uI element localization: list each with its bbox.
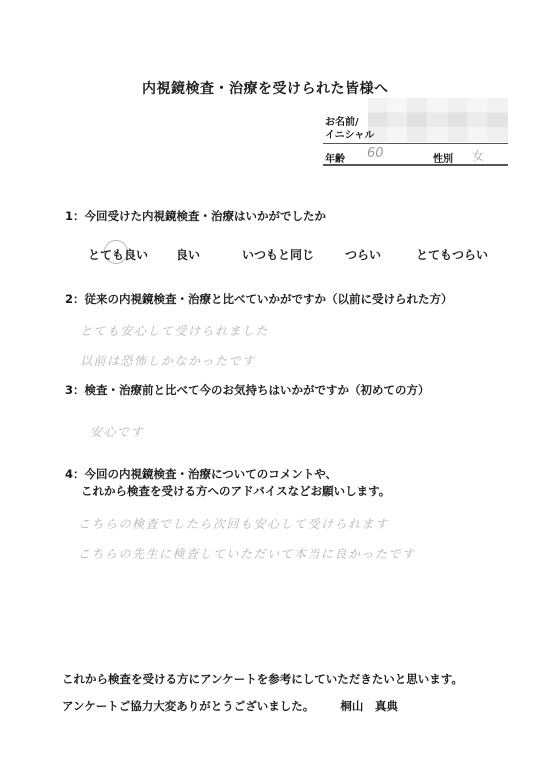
- question-3-text: 検査・治療前と比べて今のお気持ちはいかがですか（初めての方）: [85, 383, 430, 397]
- question-4-answer-line-2: こちらの先生に検査していただいて本当に良かったです: [78, 545, 416, 562]
- footer-line-1: これから検査を受ける方にアンケートを参考にしていただきたいと思います。: [62, 671, 463, 687]
- question-2-answer-line-1: とても安心して受けられました: [80, 322, 269, 339]
- signature: 桐山 真典: [340, 699, 398, 713]
- question-4-text-line1: 今回の内視鏡検査・治療についてのコメントや、: [85, 467, 338, 481]
- question-3: 3：検査・治療前と比べて今のお気持ちはいかがですか（初めての方）: [65, 382, 430, 398]
- option-same-as-usual[interactable]: いつもと同じ: [242, 246, 314, 263]
- question-2-number: 2：: [65, 292, 85, 306]
- question-2: 2：従来の内視鏡検査・治療と比べていかがですか（以前に受けられた方）: [65, 291, 453, 307]
- question-3-answer-line-1: 安心です: [90, 423, 144, 440]
- thanks-text: アンケートご協力大変ありがとうございました。: [62, 699, 314, 713]
- question-4-answer-line-1: こちらの検査でしたら次回も安心して受けられます: [78, 515, 389, 532]
- question-3-number: 3：: [65, 383, 85, 397]
- footer-line-2: アンケートご協力大変ありがとうございました。 桐山 真典: [62, 698, 398, 714]
- question-1-number: 1：: [65, 209, 85, 223]
- name-underline: [323, 143, 508, 144]
- option-very-good[interactable]: とても良い: [88, 246, 148, 263]
- option-good[interactable]: 良い: [176, 246, 200, 263]
- question-2-text: 従来の内視鏡検査・治療と比べていかがですか（以前に受けられた方）: [85, 292, 453, 306]
- question-1-text: 今回受けた内視鏡検査・治療はいかがでしたか: [85, 209, 327, 223]
- question-1: 1：今回受けた内視鏡検査・治療はいかがでしたか: [65, 208, 326, 224]
- survey-title: 内視鏡検査・治療を受けられた皆様へ: [142, 78, 389, 98]
- name-label-line1: お名前/: [325, 116, 374, 129]
- age-label: 年齢: [325, 150, 345, 165]
- question-4-number: 4：: [65, 467, 85, 481]
- question-4-text-line2: これから検査を受ける方へのアドバイスなどお願いします。: [65, 483, 390, 500]
- sex-value: 女: [472, 147, 484, 164]
- age-sex-underline: [323, 164, 508, 166]
- age-value: 60: [367, 146, 384, 161]
- name-label-line2: イニシャル: [325, 129, 374, 142]
- option-very-hard[interactable]: とてもつらい: [416, 246, 488, 263]
- name-redaction-mosaic: [368, 98, 508, 142]
- sex-label: 性別: [433, 150, 453, 165]
- option-hard[interactable]: つらい: [345, 246, 381, 263]
- question-4: 4：今回の内視鏡検査・治療についてのコメントや、 これから検査を受ける方へのアド…: [65, 466, 390, 500]
- question-2-answer-line-2: 以前は恐怖しかなかったです: [80, 352, 256, 369]
- name-label: お名前/ イニシャル: [325, 116, 374, 142]
